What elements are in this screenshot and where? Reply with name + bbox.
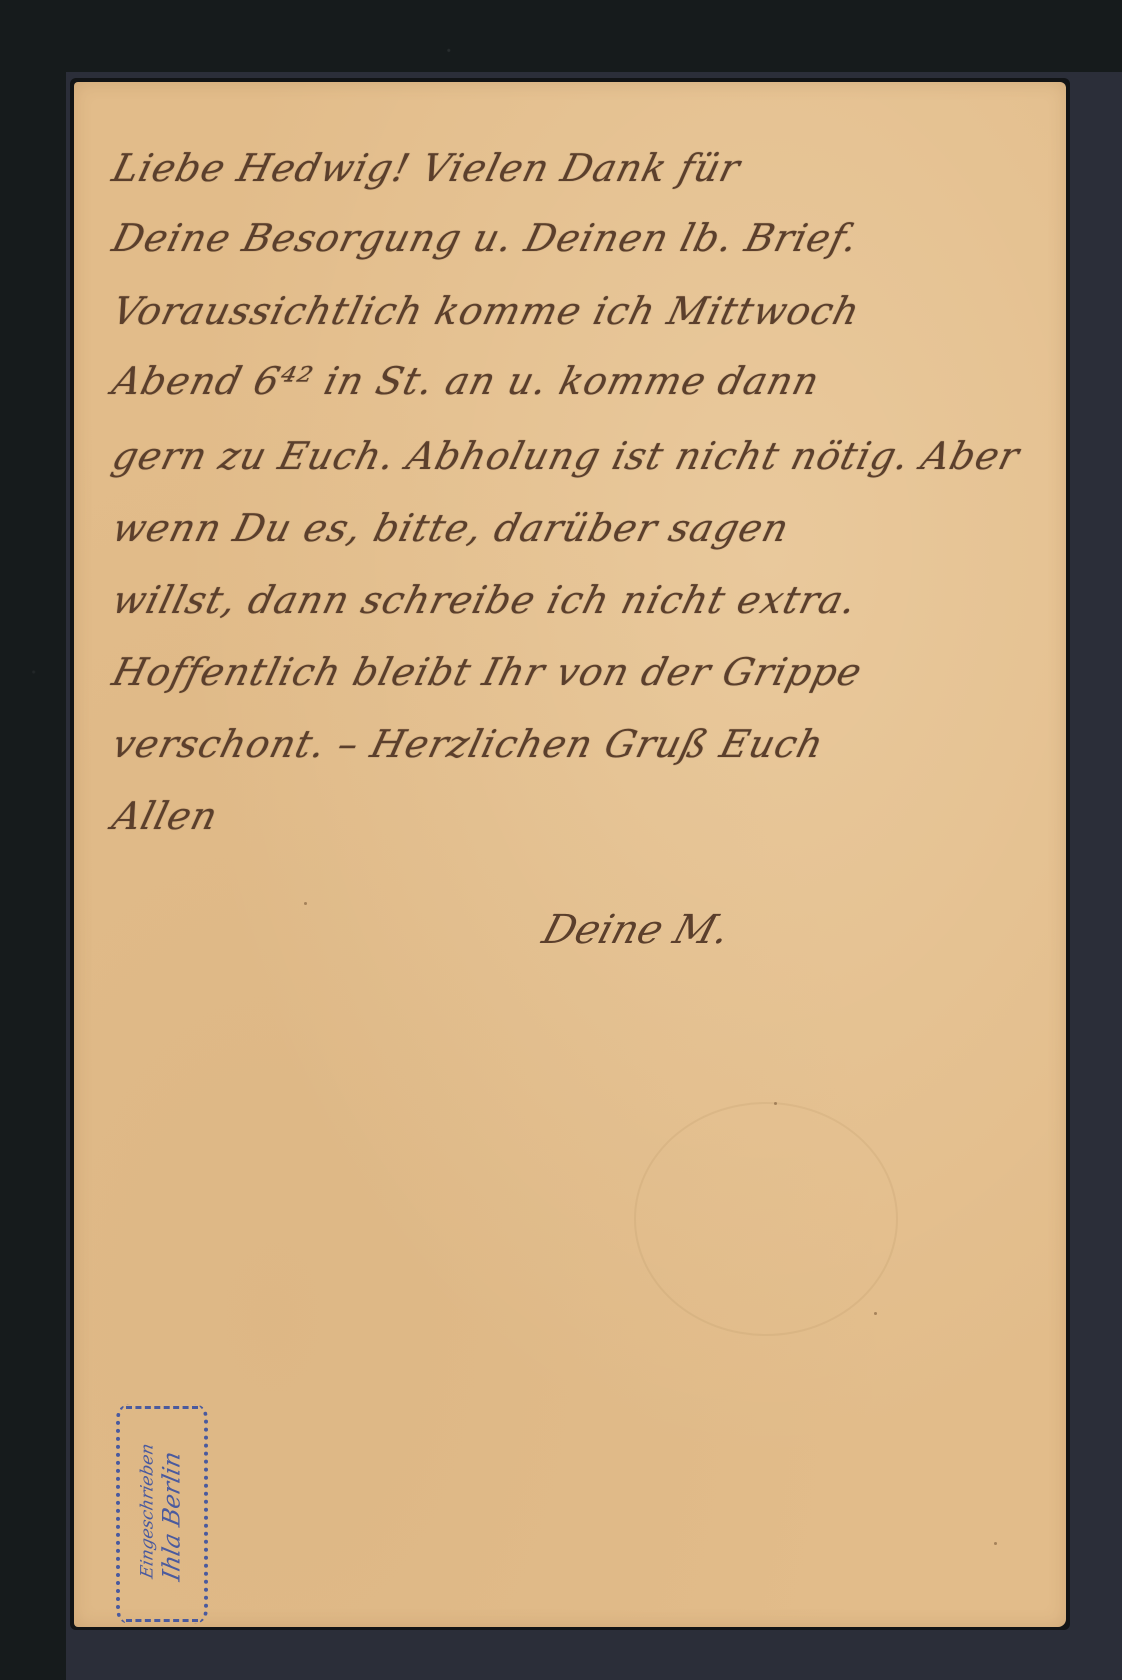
letter-line-9: verschont. – Herzlichen Gruß Euch <box>108 722 829 766</box>
blue-handstamp: Eingeschrieben Ihla Berlin <box>116 1404 208 1624</box>
letter-line-6: wenn Du es, bitte, darüber sagen <box>108 506 794 550</box>
paper-speck <box>994 1542 997 1545</box>
stamp-text: Eingeschrieben Ihla Berlin <box>138 1442 185 1586</box>
letter-line-10: Allen <box>108 794 223 838</box>
letter-line-2: Deine Besorgung u. Deinen lb. Brief. <box>108 216 863 260</box>
signature: Deine M. <box>537 907 735 953</box>
stamp-line-2: Ihla Berlin <box>158 1446 186 1586</box>
paper-speck <box>874 1312 877 1315</box>
postcard: Liebe Hedwig! Vielen Dank für Deine Beso… <box>74 82 1066 1627</box>
letter-line-1: Liebe Hedwig! Vielen Dank für <box>108 146 745 190</box>
letter-line-4: Abend 6⁴² in St. an u. komme dann <box>108 359 824 403</box>
letter-line-8: Hoffentlich bleibt Ihr von der Grippe <box>108 650 867 694</box>
letter-line-3: Voraussichtlich komme ich Mittwoch <box>108 289 865 333</box>
stamp-line-1: Eingeschrieben <box>138 1442 158 1581</box>
letter-line-7: willst, dann schreibe ich nicht extra. <box>108 578 862 622</box>
paper-speck <box>304 902 307 905</box>
faint-postmark-ring <box>634 1102 898 1336</box>
paper-speck <box>774 1102 777 1105</box>
letter-line-5: gern zu Euch. Abholung ist nicht nötig. … <box>108 434 1024 478</box>
